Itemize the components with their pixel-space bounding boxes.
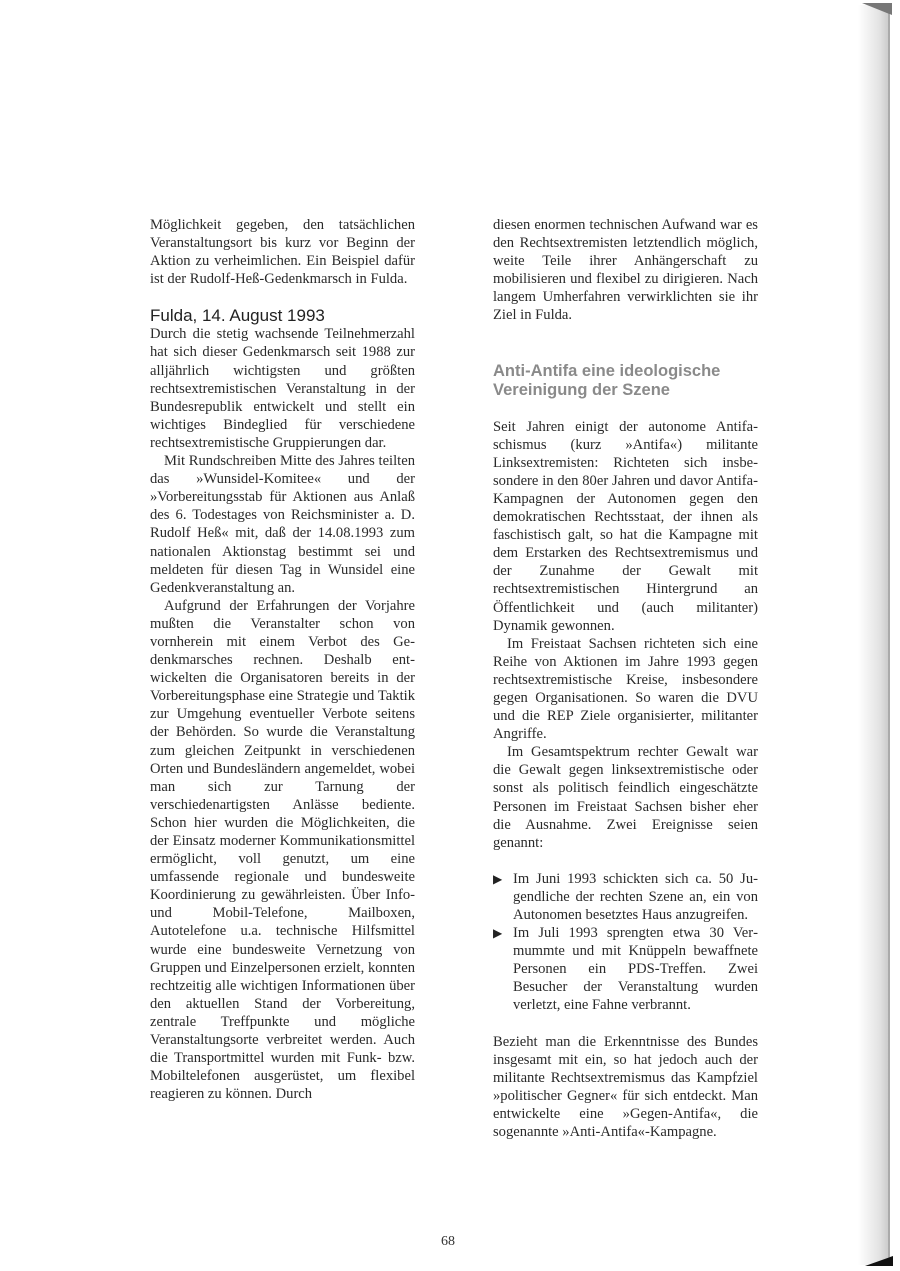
list-item-text: Im Juli 1993 sprengten etwa 30 Ver­mummt… xyxy=(513,925,758,1013)
triangle-bullet-icon: ▶ xyxy=(493,870,502,888)
scan-corner-top-icon xyxy=(862,3,892,15)
list-item: ▶ Im Juli 1993 sprengten etwa 30 Ver­mum… xyxy=(493,924,758,1014)
intro-paragraph: Möglichkeit gegeben, den tatsächlichen V… xyxy=(150,216,415,288)
right-column: diesen enormen technischen Aufwand war e… xyxy=(493,216,758,1141)
section-heading-fulda: Fulda, 14. August 1993 xyxy=(150,306,415,325)
list-item-text: Im Juni 1993 schickten sich ca. 50 Ju­ge… xyxy=(513,871,758,923)
spacer xyxy=(493,852,758,870)
triangle-bullet-icon: ▶ xyxy=(493,924,502,942)
spacer xyxy=(493,1015,758,1033)
body-paragraph: Aufgrund der Erfahrungen der Vor­jahre m… xyxy=(150,597,415,1104)
event-list: ▶ Im Juni 1993 schickten sich ca. 50 Ju­… xyxy=(493,870,758,1015)
body-paragraph: Durch die stetig wachsende Teilnehmer­za… xyxy=(150,325,415,452)
closing-paragraph: Bezieht man die Erkenntnisse des Bundes … xyxy=(493,1033,758,1142)
body-paragraph: Seit Jahren einigt der autonome Antifa­s… xyxy=(493,418,758,635)
body-paragraph: Mit Rundschreiben Mitte des Jahres teilt… xyxy=(150,452,415,597)
page-number: 68 xyxy=(441,1234,455,1250)
left-column: Möglichkeit gegeben, den tatsächlichen V… xyxy=(150,216,415,1103)
scan-edge-shadow xyxy=(858,5,888,1265)
body-paragraph: Im Gesamtspektrum rechter Gewalt war die… xyxy=(493,743,758,852)
continuation-paragraph: diesen enormen technischen Aufwand war e… xyxy=(493,216,758,325)
scan-edge-line xyxy=(888,5,890,1263)
section-heading-anti-antifa: Anti-Antifa eine ideologische Vereinigun… xyxy=(493,362,758,400)
scan-corner-bottom-icon xyxy=(865,1256,893,1266)
body-paragraph: Im Freistaat Sachsen richteten sich eine… xyxy=(493,635,758,744)
list-item: ▶ Im Juni 1993 schickten sich ca. 50 Ju­… xyxy=(493,870,758,924)
